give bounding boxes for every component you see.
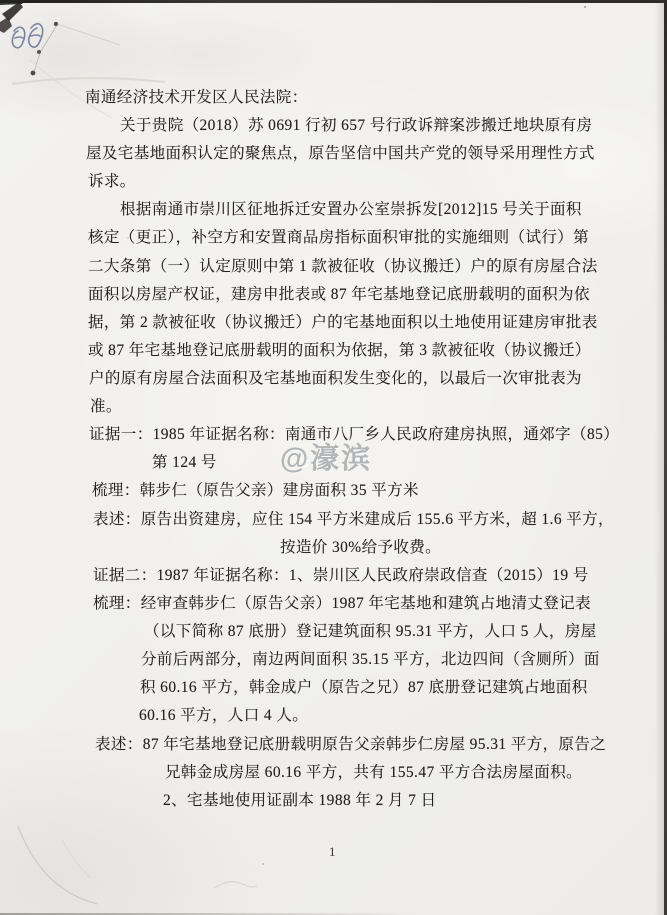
pencil-arc	[18, 826, 97, 904]
text-line: 核定（更正），补空方和安置商品房指标面积审批的实施细则（试行）第	[88, 224, 589, 252]
corner-mark-icon	[2, 2, 23, 21]
scan-edge-right-shadow	[655, 0, 664, 915]
text-line: 60.16 平方，人口 4 人。	[139, 702, 308, 730]
text-line: 积 60.16 平方，韩金成户（原告之兄）87 底册登记建筑占地面积	[140, 674, 588, 702]
handwritten-note	[12, 24, 42, 48]
text-line: 关于贵院（2018）苏 0691 行初 657 号行政诉辩案涉搬迁地块原有房	[120, 112, 592, 140]
text-line: 按造价 30%给予收费。	[280, 534, 441, 562]
text-line: （以下简称 87 底册）登记建筑面积 95.31 平方，人口 5 人，房屋	[144, 618, 597, 646]
text-line: 证据一：1985 年证据名称：南通市八厂乡人民政府建房执照，通郊字（85）	[89, 421, 619, 449]
crease-line	[62, 840, 90, 878]
text-line: 2、宅基地使用证副本 1988 年 2 月 7 日	[163, 787, 437, 815]
text-line: 根据南通市崇川区征地拆迁安置办公室崇拆发[2012]15 号关于面积	[120, 196, 582, 224]
text-line: 户的原有房屋合法面积及宅基地面积发生变化的，以最后一次审批表为	[89, 365, 582, 393]
text-line: 表述：87 年宅基地登记底册载明原告父亲韩步仁房屋 95.31 平方，原告之	[95, 731, 606, 759]
text-line: 南通经济技术开发区人民法院：	[85, 84, 308, 112]
page-number: 1	[329, 844, 336, 860]
text-line: 二大条第（一）认定原则中第 1 款被征收（协议搬迁）户的原有房屋合法	[88, 253, 598, 281]
pencil-squiggle	[215, 882, 257, 888]
scanned-document-page: @濠滨 南通经济技术开发区人民法院： 关于贵院（2018）苏 0691 行初 6…	[0, 0, 667, 915]
text-line: 准。	[90, 393, 122, 421]
text-line: 表述：原告出资建房，应住 154 平方米建成后 155.6 平方米，超 1.6 …	[93, 506, 614, 534]
text-line: 兄韩金成房屋 60.16 平方，共有 155.47 平方合法房屋面积。	[165, 759, 582, 787]
text-line: 据，第 2 款被征收（协议搬迁）户的宅基地面积以土地使用证建房审批表	[88, 309, 598, 337]
text-line: 分前后两部分，南边两间面积 35.15 平方，北边四间（含厕所）面	[141, 646, 600, 674]
text-line: 屋及宅基地面积认定的聚焦点，原告坚信中国共产党的领导采用理性方式	[86, 140, 595, 168]
text-line: 诉求。	[88, 168, 136, 196]
speck	[262, 863, 264, 865]
text-line: 证据二：1987 年证据名称：1、崇川区人民政府崇政信查（2015）19 号	[93, 562, 589, 590]
text-line: 梳理：韩步仁（原告父亲）建房面积 35 平方米	[92, 477, 419, 505]
text-line: 面积以房屋产权证，建房申批表或 87 年宅基地登记底册载明的面积为依	[88, 281, 590, 309]
scan-edge-top	[0, 0, 667, 3]
text-line: 或 87 年宅基地登记底册载明的面积为依据，第 3 款被征收（协议搬迁）	[88, 337, 591, 365]
text-line: 梳理：经审查韩步仁（原告父亲）1987 年宅基地和建筑占地清丈登记表	[93, 590, 591, 618]
text-line: 第 124 号	[152, 449, 217, 477]
staple-marks	[31, 22, 120, 76]
speck	[584, 6, 586, 8]
corner-mark-icon	[0, 17, 12, 33]
